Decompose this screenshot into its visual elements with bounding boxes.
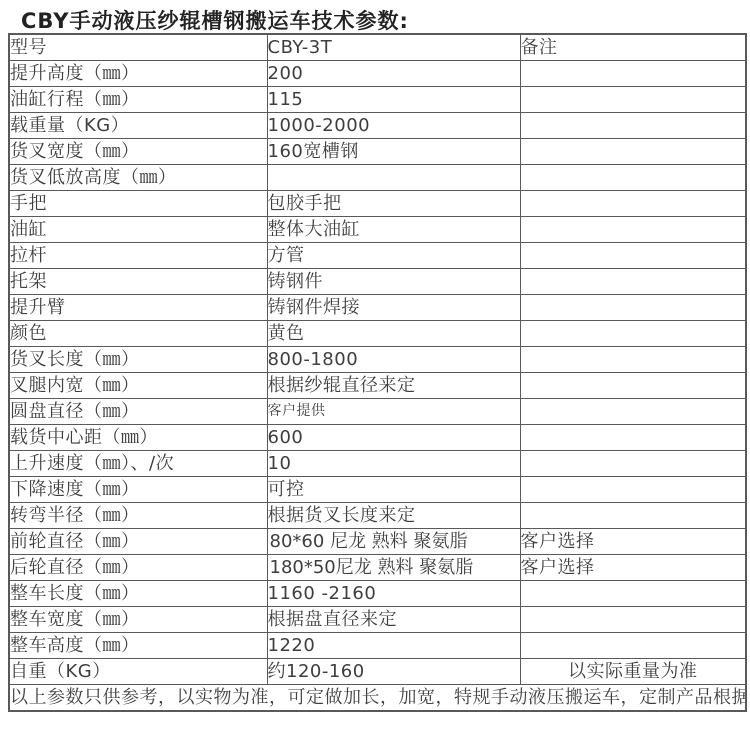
- spec-label-cell: 货叉长度（㎜）: [9, 347, 267, 373]
- spec-label-cell: 油缸行程（㎜）: [9, 87, 267, 113]
- spec-remark-cell: [520, 451, 746, 477]
- spec-remark-cell: [520, 581, 746, 607]
- table-row: 转弯半径（㎜） 根据货叉长度来定: [9, 503, 746, 529]
- spec-value-cell: 115: [267, 87, 520, 113]
- spec-value-cell: 1000-2000: [267, 113, 520, 139]
- spec-table-body: 提升高度（㎜） 200 油缸行程（㎜） 115 载重量（KG） 1000-200…: [9, 61, 746, 685]
- spec-remark-cell: [520, 295, 746, 321]
- spec-remark-cell: [520, 503, 746, 529]
- spec-remark-cell: [520, 243, 746, 269]
- spec-value-cell: 180*50尼龙 熟料 聚氨脂: [267, 555, 520, 581]
- table-row: 提升高度（㎜） 200: [9, 61, 746, 87]
- header-model-value: CBY-3T: [267, 34, 520, 61]
- spec-value-cell: 600: [267, 425, 520, 451]
- spec-value-cell: 根据盘直径来定: [267, 607, 520, 633]
- spec-label-cell: 整车宽度（㎜）: [9, 607, 267, 633]
- table-footer-row: 以上参数只供参考，以实物为准，可定做加长，加宽，特规手动液压搬运车，定制产品根据…: [9, 685, 746, 712]
- spec-label-cell: 载重量（KG）: [9, 113, 267, 139]
- spec-value-cell: 可控: [267, 477, 520, 503]
- table-header-row: 型号 CBY-3T 备注: [9, 34, 746, 61]
- table-row: 圆盘直径（㎜） 客户提供: [9, 399, 746, 425]
- spec-value-cell: 根据纱辊直径来定: [267, 373, 520, 399]
- spec-remark-cell: [520, 347, 746, 373]
- spec-label-cell: 自重（KG）: [9, 659, 267, 685]
- spec-label-cell: 转弯半径（㎜）: [9, 503, 267, 529]
- table-row: 前轮直径（㎜） 80*60 尼龙 熟料 聚氨脂 客户选择: [9, 529, 746, 555]
- spec-label-cell: 整车长度（㎜）: [9, 581, 267, 607]
- spec-label-cell: 提升臂: [9, 295, 267, 321]
- spec-table: 型号 CBY-3T 备注 提升高度（㎜） 200 油缸行程（㎜） 115 载重量…: [8, 33, 747, 712]
- spec-remark-cell: [520, 633, 746, 659]
- spec-remark-cell: 客户选择: [520, 529, 746, 555]
- spec-remark-cell: [520, 113, 746, 139]
- spec-label-cell: 载货中心距（㎜）: [9, 425, 267, 451]
- spec-remark-cell: [520, 61, 746, 87]
- spec-value-cell: 200: [267, 61, 520, 87]
- spec-value-cell: 1220: [267, 633, 520, 659]
- spec-remark-cell: [520, 373, 746, 399]
- spec-label-cell: 圆盘直径（㎜）: [9, 399, 267, 425]
- header-model-label: 型号: [9, 34, 267, 61]
- table-row: 整车宽度（㎜） 根据盘直径来定: [9, 607, 746, 633]
- spec-value-cell: 800-1800: [267, 347, 520, 373]
- spec-remark-cell: [520, 217, 746, 243]
- spec-value-cell: 黄色: [267, 321, 520, 347]
- spec-label-cell: 上升速度（㎜）、/次: [9, 451, 267, 477]
- spec-remark-cell: [520, 139, 746, 165]
- spec-value-cell: 整体大油缸: [267, 217, 520, 243]
- spec-remark-cell: [520, 269, 746, 295]
- table-row: 载重量（KG） 1000-2000: [9, 113, 746, 139]
- table-row: 下降速度（㎜） 可控: [9, 477, 746, 503]
- spec-label-cell: 手把: [9, 191, 267, 217]
- table-row: 货叉长度（㎜） 800-1800: [9, 347, 746, 373]
- table-footer-note: 以上参数只供参考，以实物为准，可定做加长，加宽，特规手动液压搬运车，定制产品根据…: [9, 685, 746, 712]
- spec-value-cell: [267, 165, 520, 191]
- table-row: 托架 铸钢件: [9, 269, 746, 295]
- spec-value-cell: 方管: [267, 243, 520, 269]
- spec-label-cell: 拉杆: [9, 243, 267, 269]
- table-row: 整车高度（㎜） 1220: [9, 633, 746, 659]
- spec-remark-cell: [520, 607, 746, 633]
- spec-value-cell: 10: [267, 451, 520, 477]
- spec-remark-cell: [520, 425, 746, 451]
- spec-remark-cell: [520, 165, 746, 191]
- spec-value-cell: 根据货叉长度来定: [267, 503, 520, 529]
- spec-remark-cell: [520, 191, 746, 217]
- spec-label-cell: 整车高度（㎜）: [9, 633, 267, 659]
- spec-remark-cell: [520, 321, 746, 347]
- spec-remark-cell: [520, 477, 746, 503]
- spec-label-cell: 货叉宽度（㎜）: [9, 139, 267, 165]
- spec-value-cell: 1160 -2160: [267, 581, 520, 607]
- table-row: 叉腿内宽（㎜） 根据纱辊直径来定: [9, 373, 746, 399]
- spec-remark-cell: 以实际重量为准: [520, 659, 746, 685]
- spec-label-cell: 前轮直径（㎜）: [9, 529, 267, 555]
- spec-value-cell: 客户提供: [267, 399, 520, 425]
- spec-label-cell: 货叉低放高度（㎜）: [9, 165, 267, 191]
- spec-label-cell: 下降速度（㎜）: [9, 477, 267, 503]
- spec-label-cell: 叉腿内宽（㎜）: [9, 373, 267, 399]
- table-row: 提升臂 铸钢件焊接: [9, 295, 746, 321]
- table-row: 颜色 黄色: [9, 321, 746, 347]
- spec-value-cell: 160宽槽钢: [267, 139, 520, 165]
- table-row: 载货中心距（㎜） 600: [9, 425, 746, 451]
- page-title: CBY手动液压纱辊槽钢搬运车技术参数:: [21, 5, 409, 35]
- table-row: 自重（KG） 约120-160 以实际重量为准: [9, 659, 746, 685]
- header-remark: 备注: [520, 34, 746, 61]
- table-row: 货叉低放高度（㎜）: [9, 165, 746, 191]
- spec-value-cell: 包胶手把: [267, 191, 520, 217]
- spec-remark-cell: [520, 87, 746, 113]
- spec-value-cell: 铸钢件: [267, 269, 520, 295]
- table-row: 整车长度（㎜） 1160 -2160: [9, 581, 746, 607]
- table-row: 油缸行程（㎜） 115: [9, 87, 746, 113]
- table-row: 拉杆 方管: [9, 243, 746, 269]
- spec-value-cell: 铸钢件焊接: [267, 295, 520, 321]
- spec-remark-cell: 客户选择: [520, 555, 746, 581]
- spec-label-cell: 颜色: [9, 321, 267, 347]
- spec-value-cell: 约120-160: [267, 659, 520, 685]
- table-row: 货叉宽度（㎜） 160宽槽钢: [9, 139, 746, 165]
- table-row: 手把 包胶手把: [9, 191, 746, 217]
- table-row: 油缸 整体大油缸: [9, 217, 746, 243]
- table-row: 上升速度（㎜）、/次 10: [9, 451, 746, 477]
- spec-label-cell: 托架: [9, 269, 267, 295]
- table-row: 后轮直径（㎜） 180*50尼龙 熟料 聚氨脂 客户选择: [9, 555, 746, 581]
- spec-label-cell: 提升高度（㎜）: [9, 61, 267, 87]
- spec-remark-cell: [520, 399, 746, 425]
- spec-label-cell: 油缸: [9, 217, 267, 243]
- spec-value-cell: 80*60 尼龙 熟料 聚氨脂: [267, 529, 520, 555]
- spec-label-cell: 后轮直径（㎜）: [9, 555, 267, 581]
